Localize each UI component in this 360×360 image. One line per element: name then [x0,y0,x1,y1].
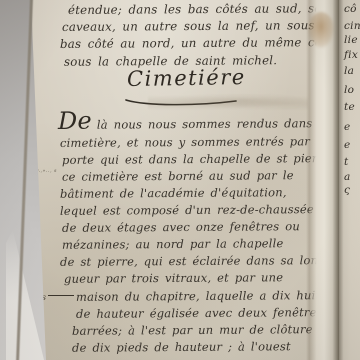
section-heading: Cimetiére [127,65,246,91]
manuscript-line: cimetière, et nous y sommes entrés par u… [60,135,338,150]
manuscript-line: ce cimetière est borné au sud par le [62,169,294,184]
manuscript-line: de st pierre, qui est éclairée dans sa l… [60,254,322,269]
manuscript-line: bas côté au nord, un autre du même côté [60,36,334,51]
page-fold-gutter [306,0,339,360]
manuscript-line: de deux étages avec onze fenêtres ou [62,220,300,235]
next-page-edge: cô cin lie fix la lo te e e t a ς [339,0,360,360]
cropped-word-fragment: fix [344,49,358,61]
manuscript-line: de dix pieds de hauteur ; à l'ouest [72,340,291,355]
cropped-word-fragment: t [344,156,349,168]
manuscript-line: maison du chapitre, laquelle a dix huit [76,289,320,304]
cropped-word-fragment: e [344,121,351,133]
cropped-word-fragment: e [344,139,351,151]
margin-connector-line [48,295,74,297]
manuscript-line: lequel est composé d'un rez-de-chaussée [60,203,314,218]
drop-cap: De [58,109,92,133]
brown-stain [308,12,334,48]
cropped-word-fragment: te [344,101,355,113]
underlying-sheet-edge [6,230,44,360]
cropped-word-fragment: la [344,65,354,77]
manuscript-line: bâtiment de l'académie d'équitation, [60,186,287,201]
manuscript-line: de hauteur égalisée avec deux fenêtres [76,306,323,321]
cropped-word-fragment: cô [344,3,357,15]
marginal-note-pieds: pieds [23,293,74,303]
manuscript-line: porte qui est dans la chapelle de st pie… [62,152,334,167]
manuscript-photo: étendue; dans les bas côtés au sud, sont… [0,0,360,360]
manuscript-line-text: là nous nous sommes rendus dans le [97,117,329,132]
stroke-fragment: ς [344,184,350,196]
marginal-note-faint: v.,».., s [36,169,57,174]
manuscript-line: De là nous nous sommes rendus dans le [58,107,329,133]
cropped-word-fragment: cin [344,20,360,32]
manuscript-line: barrées; à l'est par un mur de clôture [72,323,313,338]
cropped-word-fragment: a [344,171,351,183]
cropped-word-fragment: lie [344,34,358,46]
manuscript-line: mézanines; au nord par la chapelle [62,237,284,252]
manuscript-line: caveaux, un autre sous la nef, un sous l… [62,19,332,34]
cropped-word-fragment: lo [344,84,354,96]
manuscript-line: gueur par trois vitraux, et par une [64,271,283,286]
